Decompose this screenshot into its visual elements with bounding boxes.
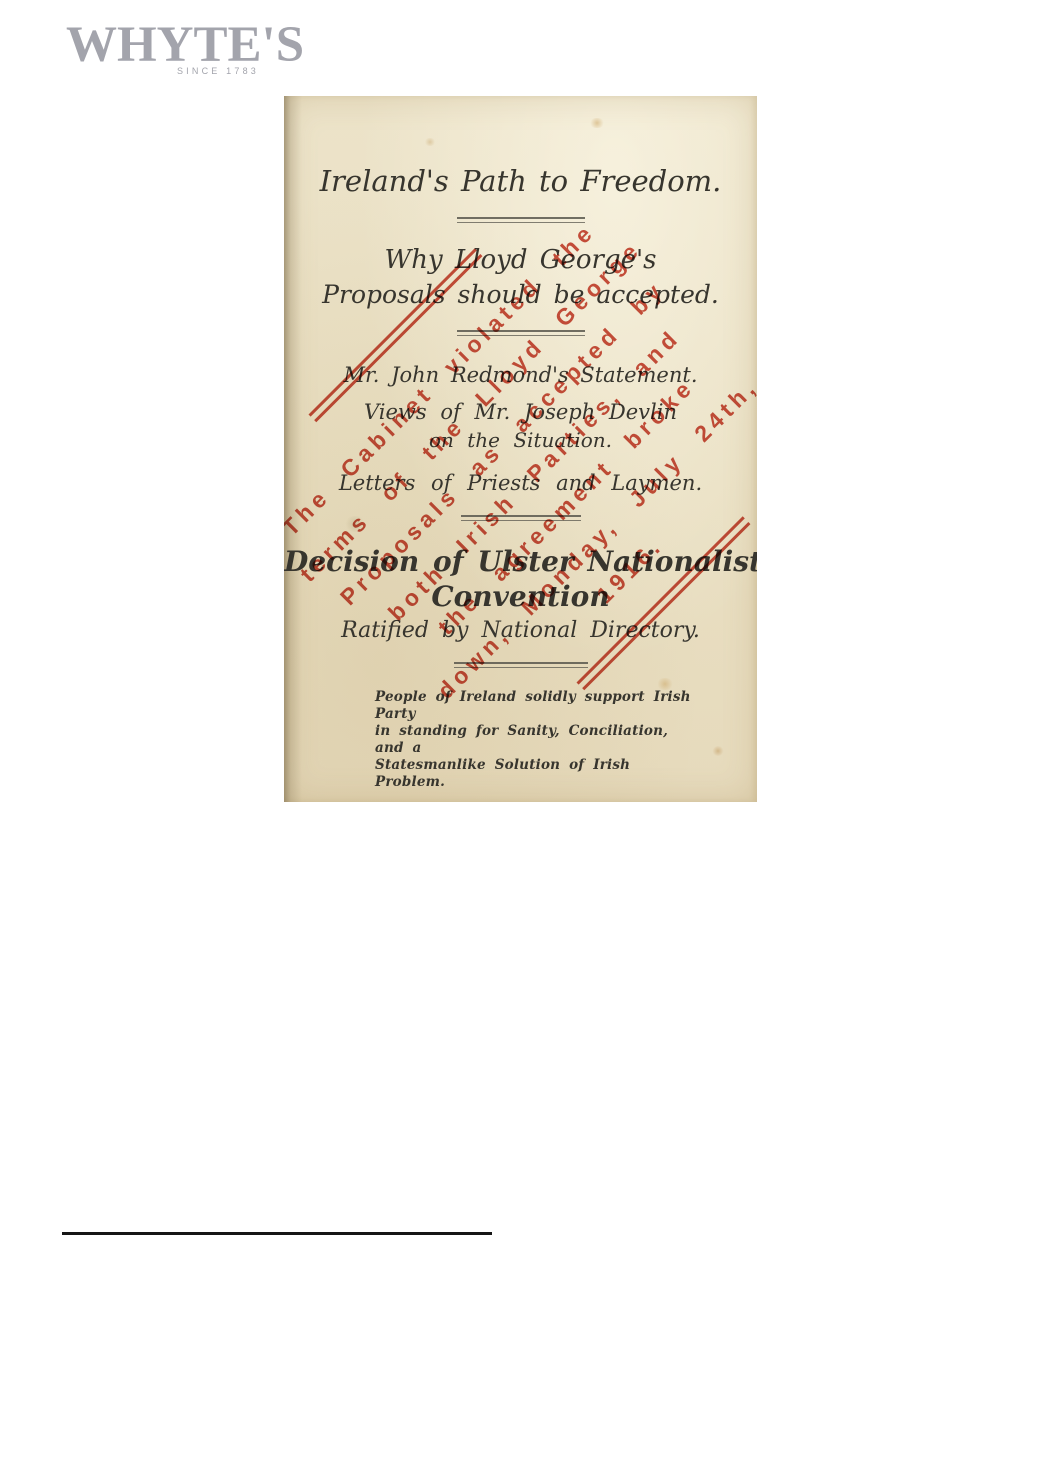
whytes-logo: WHYTE'S SINCE 1783 [66, 20, 262, 76]
pamphlet-footer-line: in standing for Sanity, Conciliation, an… [375, 723, 695, 757]
pamphlet-decision-line-1: Decision of Ulster Nationalist [284, 545, 757, 578]
pamphlet-cover-scan: Ireland's Path to Freedom. Why Lloyd Geo… [284, 96, 757, 802]
paper-stain [712, 746, 724, 756]
whytes-logo-text: WHYTE'S [66, 20, 262, 70]
pamphlet-title: Ireland's Path to Freedom. [284, 164, 757, 198]
pamphlet-footer-line: Statesmanlike Solution of Irish Problem. [375, 757, 695, 791]
paper-stain [424, 138, 436, 146]
paper-stain [344, 516, 366, 532]
pamphlet-footer-text: People of Ireland solidly support Irish … [375, 689, 695, 791]
double-rule-divider [457, 330, 585, 336]
pamphlet-contents-line: on the Situation. [284, 428, 757, 452]
pamphlet-subtitle-line-2: Proposals should be accepted. [284, 280, 757, 309]
pamphlet-contents-line: Mr. John Redmond's Statement. [284, 363, 757, 387]
pamphlet-subtitle-line-1: Why Lloyd George's [284, 245, 757, 275]
pamphlet-contents-line: Views of Mr. Joseph Devlin [284, 400, 757, 424]
double-rule-divider [461, 515, 581, 521]
double-rule-divider [457, 217, 585, 223]
paper-stain [589, 118, 605, 128]
pamphlet-ratified-line: Ratified by National Directory. [284, 618, 757, 643]
footnote-separator-line [62, 1232, 492, 1235]
pamphlet-contents-line: Letters of Priests and Laymen. [284, 471, 757, 495]
pamphlet-footer-line: People of Ireland solidly support Irish … [375, 689, 695, 723]
pamphlet-decision-line-2: Convention [284, 580, 757, 613]
double-rule-divider [454, 662, 588, 668]
